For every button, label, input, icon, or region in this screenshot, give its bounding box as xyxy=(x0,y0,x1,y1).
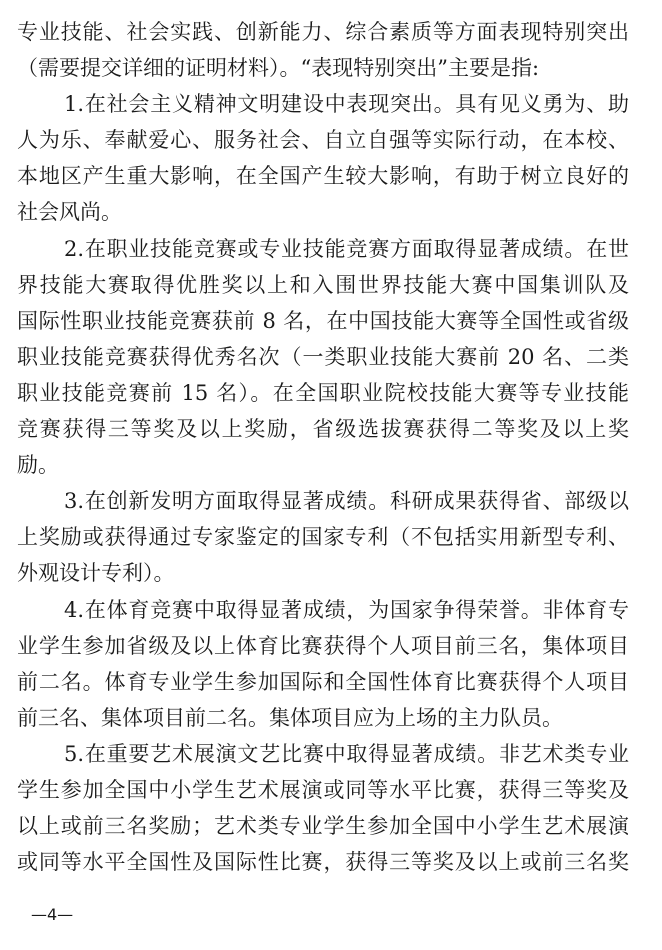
paragraph-4-start: 4.在体育竞赛中取得显著成绩，为国家争得荣誉。非体育专 xyxy=(17,592,629,628)
document-body: 专业技能、社会实践、创新能力、综合素质等方面表现特别突出 （需要提交详细的证明材… xyxy=(17,14,629,880)
text-line: 励。 xyxy=(17,447,629,483)
text-line: （需要提交详细的证明材料）。“表现特别突出”主要是指: xyxy=(17,50,629,86)
text-line: 外观设计专利）。 xyxy=(17,555,629,591)
text-line: 本地区产生重大影响，在全国产生较大影响，有助于树立良好的 xyxy=(17,158,629,194)
text-line: 业学生参加省级及以上体育比赛获得个人项目前三名，集体项目 xyxy=(17,628,629,664)
text-line: 上奖励或获得通过专家鉴定的国家专利（不包括实用新型专利、 xyxy=(17,519,629,555)
text-line: 人为乐、奉献爱心、服务社会、自立自强等实际行动，在本校、 xyxy=(17,122,629,158)
text-line: 职业技能竞赛获得优秀名次（一类职业技能大赛前 20 名、二类 xyxy=(17,339,629,375)
text-line: 职业技能竞赛前 15 名）。在全国职业院校技能大赛等专业技能 xyxy=(17,375,629,411)
text-line: 专业技能、社会实践、创新能力、综合素质等方面表现特别突出 xyxy=(17,14,629,50)
text-line: 前二名。体育专业学生参加国际和全国性体育比赛获得个人项目 xyxy=(17,664,629,700)
text-line: 前三名、集体项目前二名。集体项目应为上场的主力队员。 xyxy=(17,700,629,736)
paragraph-2-start: 2.在职业技能竞赛或专业技能竞赛方面取得显著成绩。在世 xyxy=(17,231,629,267)
page-number: —4— xyxy=(31,905,73,924)
text-line: 竞赛获得三等奖及以上奖励，省级选拔赛获得二等奖及以上奖 xyxy=(17,411,629,447)
paragraph-1-start: 1.在社会主义精神文明建设中表现突出。具有见义勇为、助 xyxy=(17,86,629,122)
text-line: 学生参加全国中小学生艺术展演或同等水平比赛，获得三等奖及 xyxy=(17,772,629,808)
text-line: 国际性职业技能竞赛获前 8 名，在中国技能大赛等全国性或省级 xyxy=(17,303,629,339)
text-line: 或同等水平全国性及国际性比赛，获得三等奖及以上或前三名奖 xyxy=(17,844,629,880)
paragraph-5-start: 5.在重要艺术展演文艺比赛中取得显著成绩。非艺术类专业 xyxy=(17,736,629,772)
paragraph-3-start: 3.在创新发明方面取得显著成绩。科研成果获得省、部级以 xyxy=(17,483,629,519)
text-line: 界技能大赛取得优胜奖以上和入围世界技能大赛中国集训队及 xyxy=(17,267,629,303)
text-line: 以上或前三名奖励；艺术类专业学生参加全国中小学生艺术展演 xyxy=(17,808,629,844)
text-line: 社会风尚。 xyxy=(17,194,629,230)
